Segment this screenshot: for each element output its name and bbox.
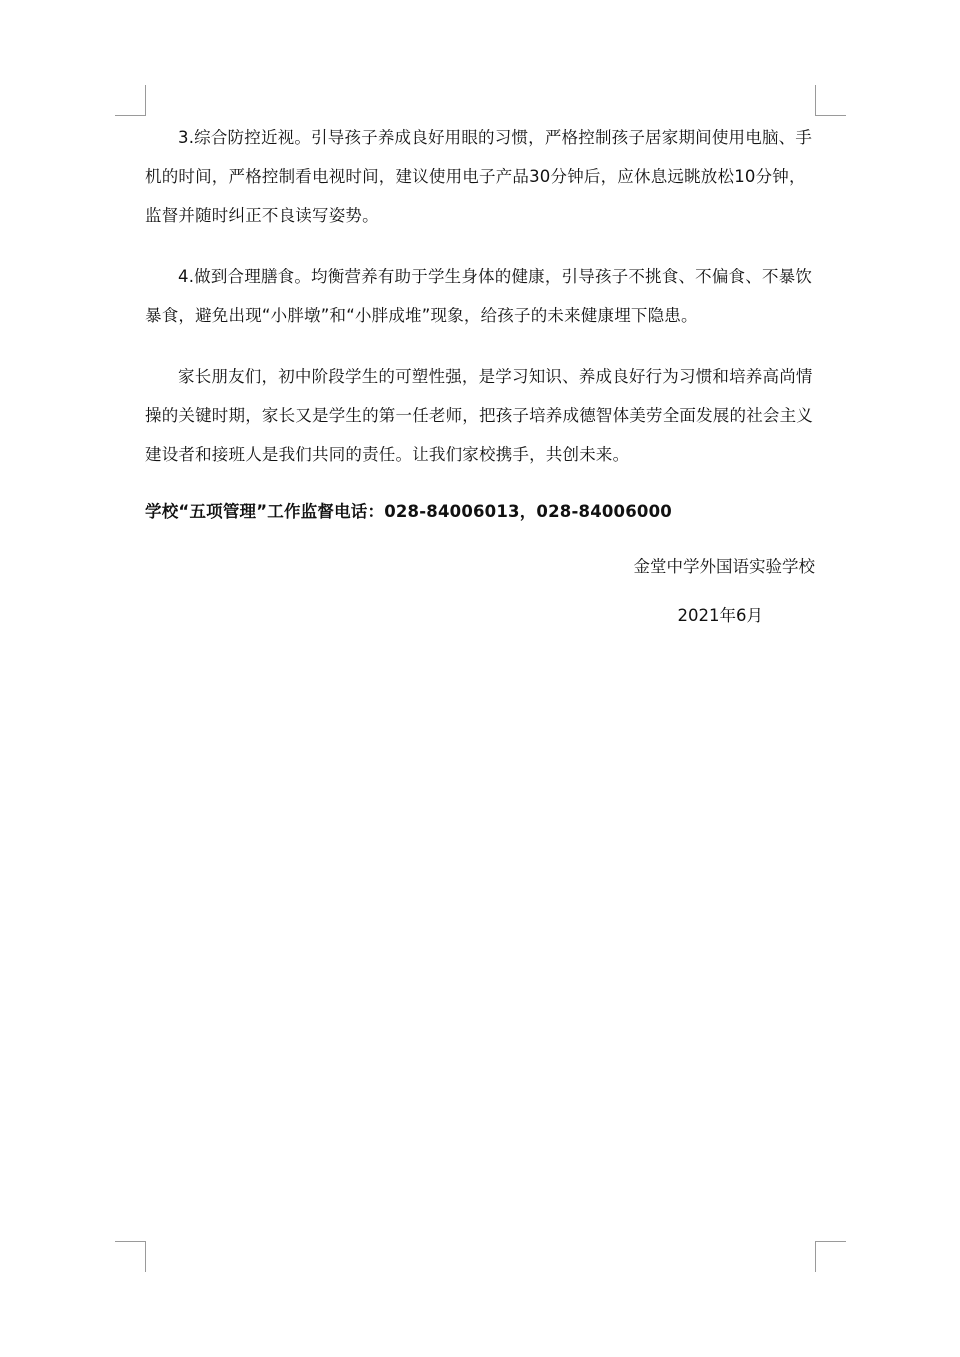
page-corner-mark-top-left (115, 85, 146, 116)
page-corner-mark-top-right (815, 85, 846, 116)
supervision-hotline: 学校“五项管理”工作监督电话：028-84006013，028-84006000 (145, 492, 815, 531)
signature-school: 金堂中学外国语实验学校 (145, 547, 815, 586)
paragraph-closing: 家长朋友们，初中阶段学生的可塑性强，是学习知识、养成良好行为习惯和培养高尚情操的… (145, 357, 815, 474)
signature-date: 2021年6月 (145, 596, 815, 635)
page-corner-mark-bottom-right (815, 1241, 846, 1272)
document-body: 3.综合防控近视。引导孩子养成良好用眼的习惯，严格控制孩子居家期间使用电脑、手机… (145, 118, 815, 635)
page-corner-mark-bottom-left (115, 1241, 146, 1272)
paragraph-myopia-prevention: 3.综合防控近视。引导孩子养成良好用眼的习惯，严格控制孩子居家期间使用电脑、手机… (145, 118, 815, 235)
paragraph-diet: 4.做到合理膳食。均衡营养有助于学生身体的健康，引导孩子不挑食、不偏食、不暴饮暴… (145, 257, 815, 335)
